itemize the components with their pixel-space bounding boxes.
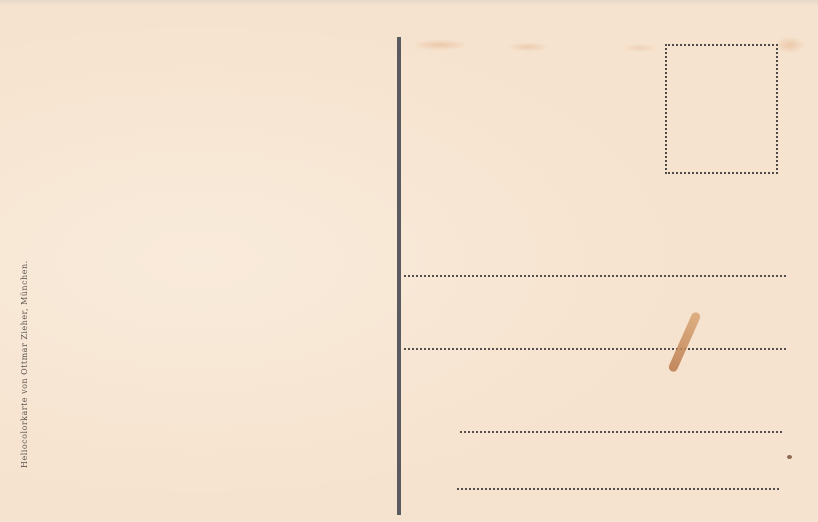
address-line-2: [404, 348, 786, 350]
stamp-placement-box: [665, 44, 778, 174]
brown-stain-mark: [667, 311, 701, 373]
ink-speck: [787, 455, 792, 459]
center-divider-line: [397, 37, 401, 515]
address-line-3: [460, 431, 782, 433]
postcard-back: Heliocolorkarte von Ottmar Zieher, Münch…: [0, 0, 818, 522]
publisher-imprint: Heliocolorkarte von Ottmar Zieher, Münch…: [20, 260, 29, 468]
address-line-1: [404, 275, 786, 277]
address-line-4: [457, 488, 779, 490]
worn-top-edge: [0, 0, 818, 6]
